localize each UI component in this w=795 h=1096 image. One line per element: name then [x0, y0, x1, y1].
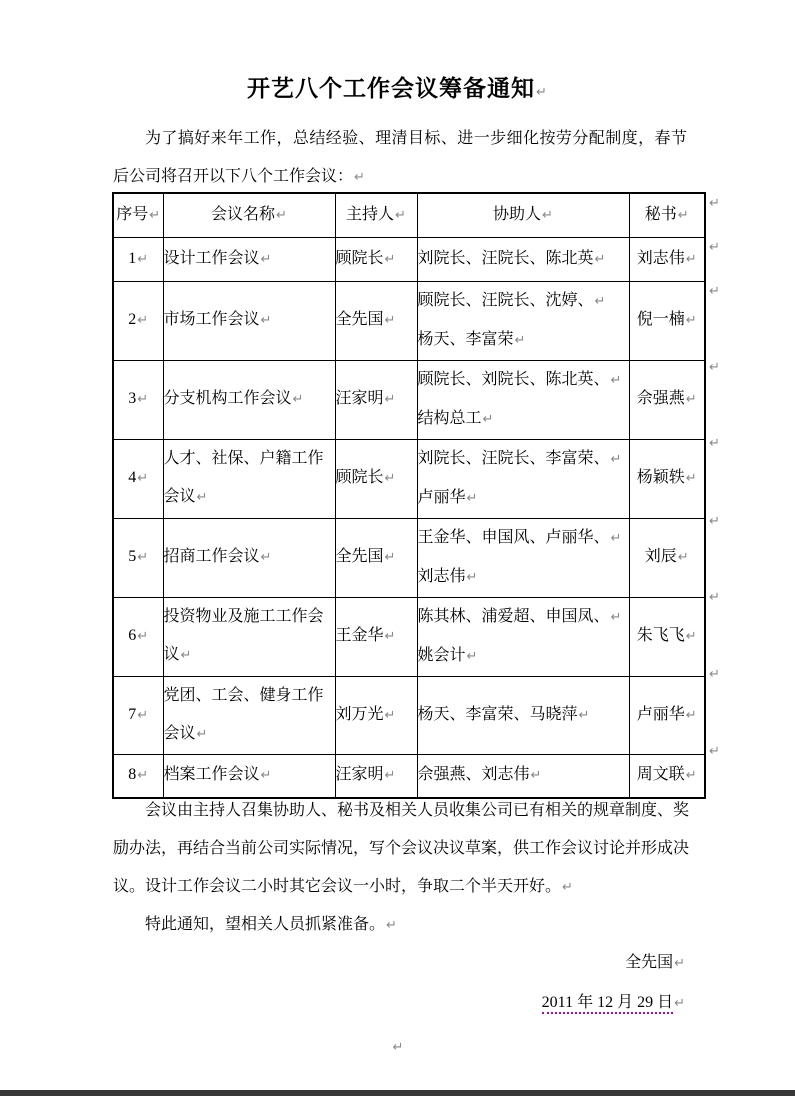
paragraph-mark-icon: ↵	[578, 708, 590, 723]
paragraph-mark-icon: ↵	[685, 252, 697, 267]
helpers-text: 佘强燕、刘志伟	[418, 766, 530, 783]
signature-line: 全先国↵	[113, 944, 685, 983]
secretary-text: 周文联	[637, 766, 685, 783]
paragraph-mark-icon: ↵	[260, 768, 272, 783]
paragraph-mark-icon: ↵	[353, 170, 365, 185]
paragraph-mark-icon: ↵	[685, 471, 697, 486]
paragraph-mark-icon: ↵	[482, 412, 494, 427]
cell-host: 汪家明↵	[335, 360, 417, 439]
helpers-text: 杨天、李富荣	[418, 331, 514, 348]
paragraph-mark-icon: ↵	[466, 649, 478, 664]
secretary-text: 杨颖轶	[637, 469, 685, 486]
meeting-name-text: 分支机构工作会议	[164, 390, 292, 407]
paragraph-mark-icon: ↵	[148, 208, 160, 223]
paragraph-mark-icon: ↵	[260, 550, 272, 565]
paragraph-mark-icon: ↵	[136, 708, 148, 723]
paragraph-mark-icon: ↵	[384, 550, 396, 565]
helpers-text: 王金华、申国风、卢丽华、	[418, 529, 610, 546]
col-header-text: 会议名称	[211, 206, 275, 223]
paragraph-mark-icon: ↵	[384, 313, 396, 328]
paragraph-mark-icon: ↵	[610, 373, 622, 388]
paragraph-mark-icon: ↵	[136, 629, 148, 644]
meeting-name-text: 档案工作会议	[164, 766, 260, 783]
paragraph-mark-icon: ↵	[677, 550, 689, 565]
paragraph-mark-icon: ↵	[685, 313, 697, 328]
paragraph-mark-icon: ↵	[561, 880, 573, 895]
paragraph-mark-icon: ↵	[385, 918, 397, 933]
cell-host: 全先国↵	[335, 518, 417, 597]
host-text: 汪家明	[336, 390, 384, 407]
paragraph-mark-icon: ↵	[610, 610, 622, 625]
cell-seq: 7↵	[113, 676, 163, 754]
row-end-mark-icon: ↵	[709, 590, 720, 605]
doc-title-text: 开艺八个工作会议筹备通知	[247, 76, 535, 101]
row-end-mark-icon: ↵	[709, 284, 720, 299]
helpers-text: 姚会计	[418, 647, 466, 664]
paragraph-mark-icon: ↵	[594, 294, 606, 309]
cell-secretary: 佘强燕↵	[629, 360, 705, 439]
col-header-text: 秘书	[645, 206, 677, 223]
paragraph-mark-icon: ↵	[275, 208, 287, 223]
paragraph-mark-icon: ↵	[541, 208, 553, 223]
date-text: 2011 年 12 月 29 日	[542, 994, 673, 1014]
paragraph-mark-icon: ↵	[136, 313, 148, 328]
table-row: 5↵ 招商工作会议↵ 全先国↵ 王金华、申国风、卢丽华、↵ 刘志伟↵ 刘辰↵	[113, 518, 705, 597]
paragraph-mark-icon: ↵	[384, 392, 396, 407]
col-header-helpers: 协助人↵	[417, 193, 629, 237]
col-header-host: 主持人↵	[335, 193, 417, 237]
table-row: 3↵ 分支机构工作会议↵ 汪家明↵ 顾院长、刘院长、陈北英、↵ 结构总工↵ 佘强…	[113, 360, 705, 439]
cell-seq: 6↵	[113, 597, 163, 676]
row-end-mark-icon: ↵	[709, 436, 720, 451]
col-header-text: 协助人	[493, 206, 541, 223]
row-end-mark-icon: ↵	[709, 667, 720, 682]
paragraph-mark-icon: ↵	[180, 648, 192, 663]
cell-seq: 1↵	[113, 237, 163, 281]
document-page: 开艺八个工作会议筹备通知↵ 为了搞好来年工作，总结经验、理清目标、进一步细化按劳…	[0, 0, 795, 1096]
cell-helpers: 顾院长、刘院长、陈北英、↵ 结构总工↵	[417, 360, 629, 439]
body-paragraph-1-text: 会议由主持人召集协助人、秘书及相关人员收集公司已有相关的规章制度、奖励办法，再结…	[113, 802, 689, 895]
paragraph-mark-icon: ↵	[610, 452, 622, 467]
cell-meeting-name: 人才、社保、户籍工作会议↵	[163, 439, 335, 518]
cell-seq: 5↵	[113, 518, 163, 597]
cell-meeting-name: 设计工作会议↵	[163, 237, 335, 281]
cell-secretary: 杨颖轶↵	[629, 439, 705, 518]
helpers-text: 杨天、李富荣、马晓萍	[418, 706, 578, 723]
doc-title: 开艺八个工作会议筹备通知↵	[0, 70, 795, 103]
meeting-table-area: 序号↵ 会议名称↵ 主持人↵ 协助人↵ 秘书↵ 1↵ 设计工作会议↵ 顾院长↵ …	[112, 192, 752, 799]
paragraph-mark-icon: ↵	[384, 471, 396, 486]
paragraph-mark-icon: ↵	[384, 768, 396, 783]
host-text: 全先国	[336, 548, 384, 565]
meeting-name-text: 设计工作会议	[164, 250, 260, 267]
paragraph-mark-icon: ↵	[673, 956, 685, 971]
paragraph-mark-icon: ↵	[677, 208, 689, 223]
cell-meeting-name: 分支机构工作会议↵	[163, 360, 335, 439]
cell-host: 刘万光↵	[335, 676, 417, 754]
body-paragraph-2: 特此通知，望相关人员抓紧准备。↵	[113, 906, 689, 945]
paragraph-mark-icon: ↵	[136, 471, 148, 486]
paragraph-mark-icon: ↵	[530, 768, 542, 783]
paragraph-mark-icon: ↵	[196, 490, 208, 505]
cell-seq: 2↵	[113, 281, 163, 360]
paragraph-mark-icon: ↵	[384, 252, 396, 267]
empty-paragraph: ↵	[0, 1038, 795, 1056]
page-bottom-edge	[0, 1090, 795, 1096]
secretary-text: 倪一楠	[637, 311, 685, 328]
body-paragraph-1: 会议由主持人召集协助人、秘书及相关人员收集公司已有相关的规章制度、奖励办法，再结…	[113, 792, 689, 907]
meeting-name-text: 人才、社保、户籍工作会议	[164, 450, 324, 505]
row-end-mark-icon: ↵	[709, 240, 720, 255]
secretary-text: 刘辰	[645, 548, 677, 565]
helpers-text: 卢丽华	[418, 489, 466, 506]
paragraph-mark-icon: ↵	[685, 768, 697, 783]
cell-seq: 4↵	[113, 439, 163, 518]
table-row: 1↵ 设计工作会议↵ 顾院长↵ 刘院长、汪院长、陈北英↵ 刘志伟↵	[113, 237, 705, 281]
cell-helpers: 陈其林、浦爱超、申国凤、↵ 姚会计↵	[417, 597, 629, 676]
paragraph-mark-icon: ↵	[260, 252, 272, 267]
paragraph-mark-icon: ↵	[466, 570, 478, 585]
col-header-text: 序号	[116, 206, 148, 223]
paragraph-mark-icon: ↵	[514, 333, 526, 348]
secretary-text: 佘强燕	[637, 390, 685, 407]
paragraph-mark-icon: ↵	[685, 392, 697, 407]
row-end-mark-icon: ↵	[709, 360, 720, 375]
paragraph-mark-icon: ↵	[610, 531, 622, 546]
intro-text: 为了搞好来年工作，总结经验、理清目标、进一步细化按劳分配制度，春节后公司将召开以…	[113, 130, 687, 185]
intro-paragraph: 为了搞好来年工作，总结经验、理清目标、进一步细化按劳分配制度，春节后公司将召开以…	[113, 120, 687, 197]
table-header-row: 序号↵ 会议名称↵ 主持人↵ 协助人↵ 秘书↵	[113, 193, 705, 237]
cell-seq: 3↵	[113, 360, 163, 439]
signature-text: 全先国	[625, 954, 673, 971]
paragraph-mark-icon: ↵	[136, 550, 148, 565]
cell-helpers: 顾院长、汪院长、沈婷、↵ 杨天、李富荣↵	[417, 281, 629, 360]
helpers-text: 顾院长、汪院长、沈婷、	[418, 292, 594, 309]
helpers-text: 结构总工	[418, 410, 482, 427]
paragraph-mark-icon: ↵	[594, 252, 606, 267]
paragraph-mark-icon: ↵	[260, 313, 272, 328]
cell-meeting-name: 投资物业及施工工作会议↵	[163, 597, 335, 676]
cell-secretary: 倪一楠↵	[629, 281, 705, 360]
cell-secretary: 刘辰↵	[629, 518, 705, 597]
meeting-name-text: 党团、工会、健身工作会议	[164, 687, 324, 742]
paragraph-mark-icon: ↵	[673, 996, 685, 1011]
host-text: 王金华	[336, 627, 384, 644]
table-row: 2↵ 市场工作会议↵ 全先国↵ 顾院长、汪院长、沈婷、↵ 杨天、李富荣↵ 倪一楠…	[113, 281, 705, 360]
cell-meeting-name: 党团、工会、健身工作会议↵	[163, 676, 335, 754]
cell-host: 全先国↵	[335, 281, 417, 360]
body-paragraph-2-text: 特此通知，望相关人员抓紧准备。	[145, 916, 385, 933]
host-text: 顾院长	[336, 250, 384, 267]
helpers-text: 刘院长、汪院长、陈北英	[418, 250, 594, 267]
secretary-text: 卢丽华	[637, 706, 685, 723]
col-header-seq: 序号↵	[113, 193, 163, 237]
paragraph-mark-icon: ↵	[136, 252, 148, 267]
cell-helpers: 刘院长、汪院长、李富荣、↵ 卢丽华↵	[417, 439, 629, 518]
secretary-text: 朱飞飞	[637, 627, 685, 644]
cell-secretary: 刘志伟↵	[629, 237, 705, 281]
paragraph-mark-icon: ↵	[292, 392, 304, 407]
meeting-name-text: 招商工作会议	[164, 548, 260, 565]
row-end-mark-icon: ↵	[709, 744, 720, 759]
col-header-text: 主持人	[346, 206, 394, 223]
cell-host: 王金华↵	[335, 597, 417, 676]
cell-meeting-name: 市场工作会议↵	[163, 281, 335, 360]
table-row: 6↵ 投资物业及施工工作会议↵ 王金华↵ 陈其林、浦爱超、申国凤、↵ 姚会计↵ …	[113, 597, 705, 676]
paragraph-mark-icon: ↵	[394, 208, 406, 223]
meeting-table: 序号↵ 会议名称↵ 主持人↵ 协助人↵ 秘书↵ 1↵ 设计工作会议↵ 顾院长↵ …	[112, 192, 706, 799]
cell-meeting-name: 招商工作会议↵	[163, 518, 335, 597]
helpers-text: 顾院长、刘院长、陈北英、	[418, 371, 610, 388]
cell-helpers: 刘院长、汪院长、陈北英↵	[417, 237, 629, 281]
paragraph-mark-icon: ↵	[196, 727, 208, 742]
helpers-text: 陈其林、浦爱超、申国凤、	[418, 608, 610, 625]
helpers-text: 刘院长、汪院长、李富荣、	[418, 450, 610, 467]
paragraph-mark-icon: ↵	[384, 629, 396, 644]
host-text: 汪家明	[336, 766, 384, 783]
secretary-text: 刘志伟	[637, 250, 685, 267]
paragraph-mark-icon: ↵	[685, 629, 697, 644]
date-line: 2011 年 12 月 29 日↵	[113, 984, 685, 1023]
paragraph-mark-icon: ↵	[384, 708, 396, 723]
cell-secretary: 卢丽华↵	[629, 676, 705, 754]
paragraph-mark-icon: ↵	[136, 768, 148, 783]
cell-secretary: 朱飞飞↵	[629, 597, 705, 676]
cell-helpers: 杨天、李富荣、马晓萍↵	[417, 676, 629, 754]
paragraph-mark-icon: ↵	[685, 708, 697, 723]
cell-helpers: 王金华、申国风、卢丽华、↵ 刘志伟↵	[417, 518, 629, 597]
col-header-meeting: 会议名称↵	[163, 193, 335, 237]
row-end-mark-icon: ↵	[709, 196, 720, 211]
meeting-name-text: 市场工作会议	[164, 311, 260, 328]
table-row: 7↵ 党团、工会、健身工作会议↵ 刘万光↵ 杨天、李富荣、马晓萍↵ 卢丽华↵	[113, 676, 705, 754]
paragraph-mark-icon: ↵	[136, 392, 148, 407]
cell-host: 顾院长↵	[335, 439, 417, 518]
col-header-secretary: 秘书↵	[629, 193, 705, 237]
table-row: 4↵ 人才、社保、户籍工作会议↵ 顾院长↵ 刘院长、汪院长、李富荣、↵ 卢丽华↵…	[113, 439, 705, 518]
host-text: 全先国	[336, 311, 384, 328]
paragraph-mark-icon: ↵	[392, 1040, 404, 1055]
host-text: 刘万光	[336, 706, 384, 723]
paragraph-mark-icon: ↵	[535, 85, 548, 100]
helpers-text: 刘志伟	[418, 568, 466, 585]
paragraph-mark-icon: ↵	[466, 491, 478, 506]
row-end-mark-icon: ↵	[709, 514, 720, 529]
host-text: 顾院长	[336, 469, 384, 486]
cell-host: 顾院长↵	[335, 237, 417, 281]
